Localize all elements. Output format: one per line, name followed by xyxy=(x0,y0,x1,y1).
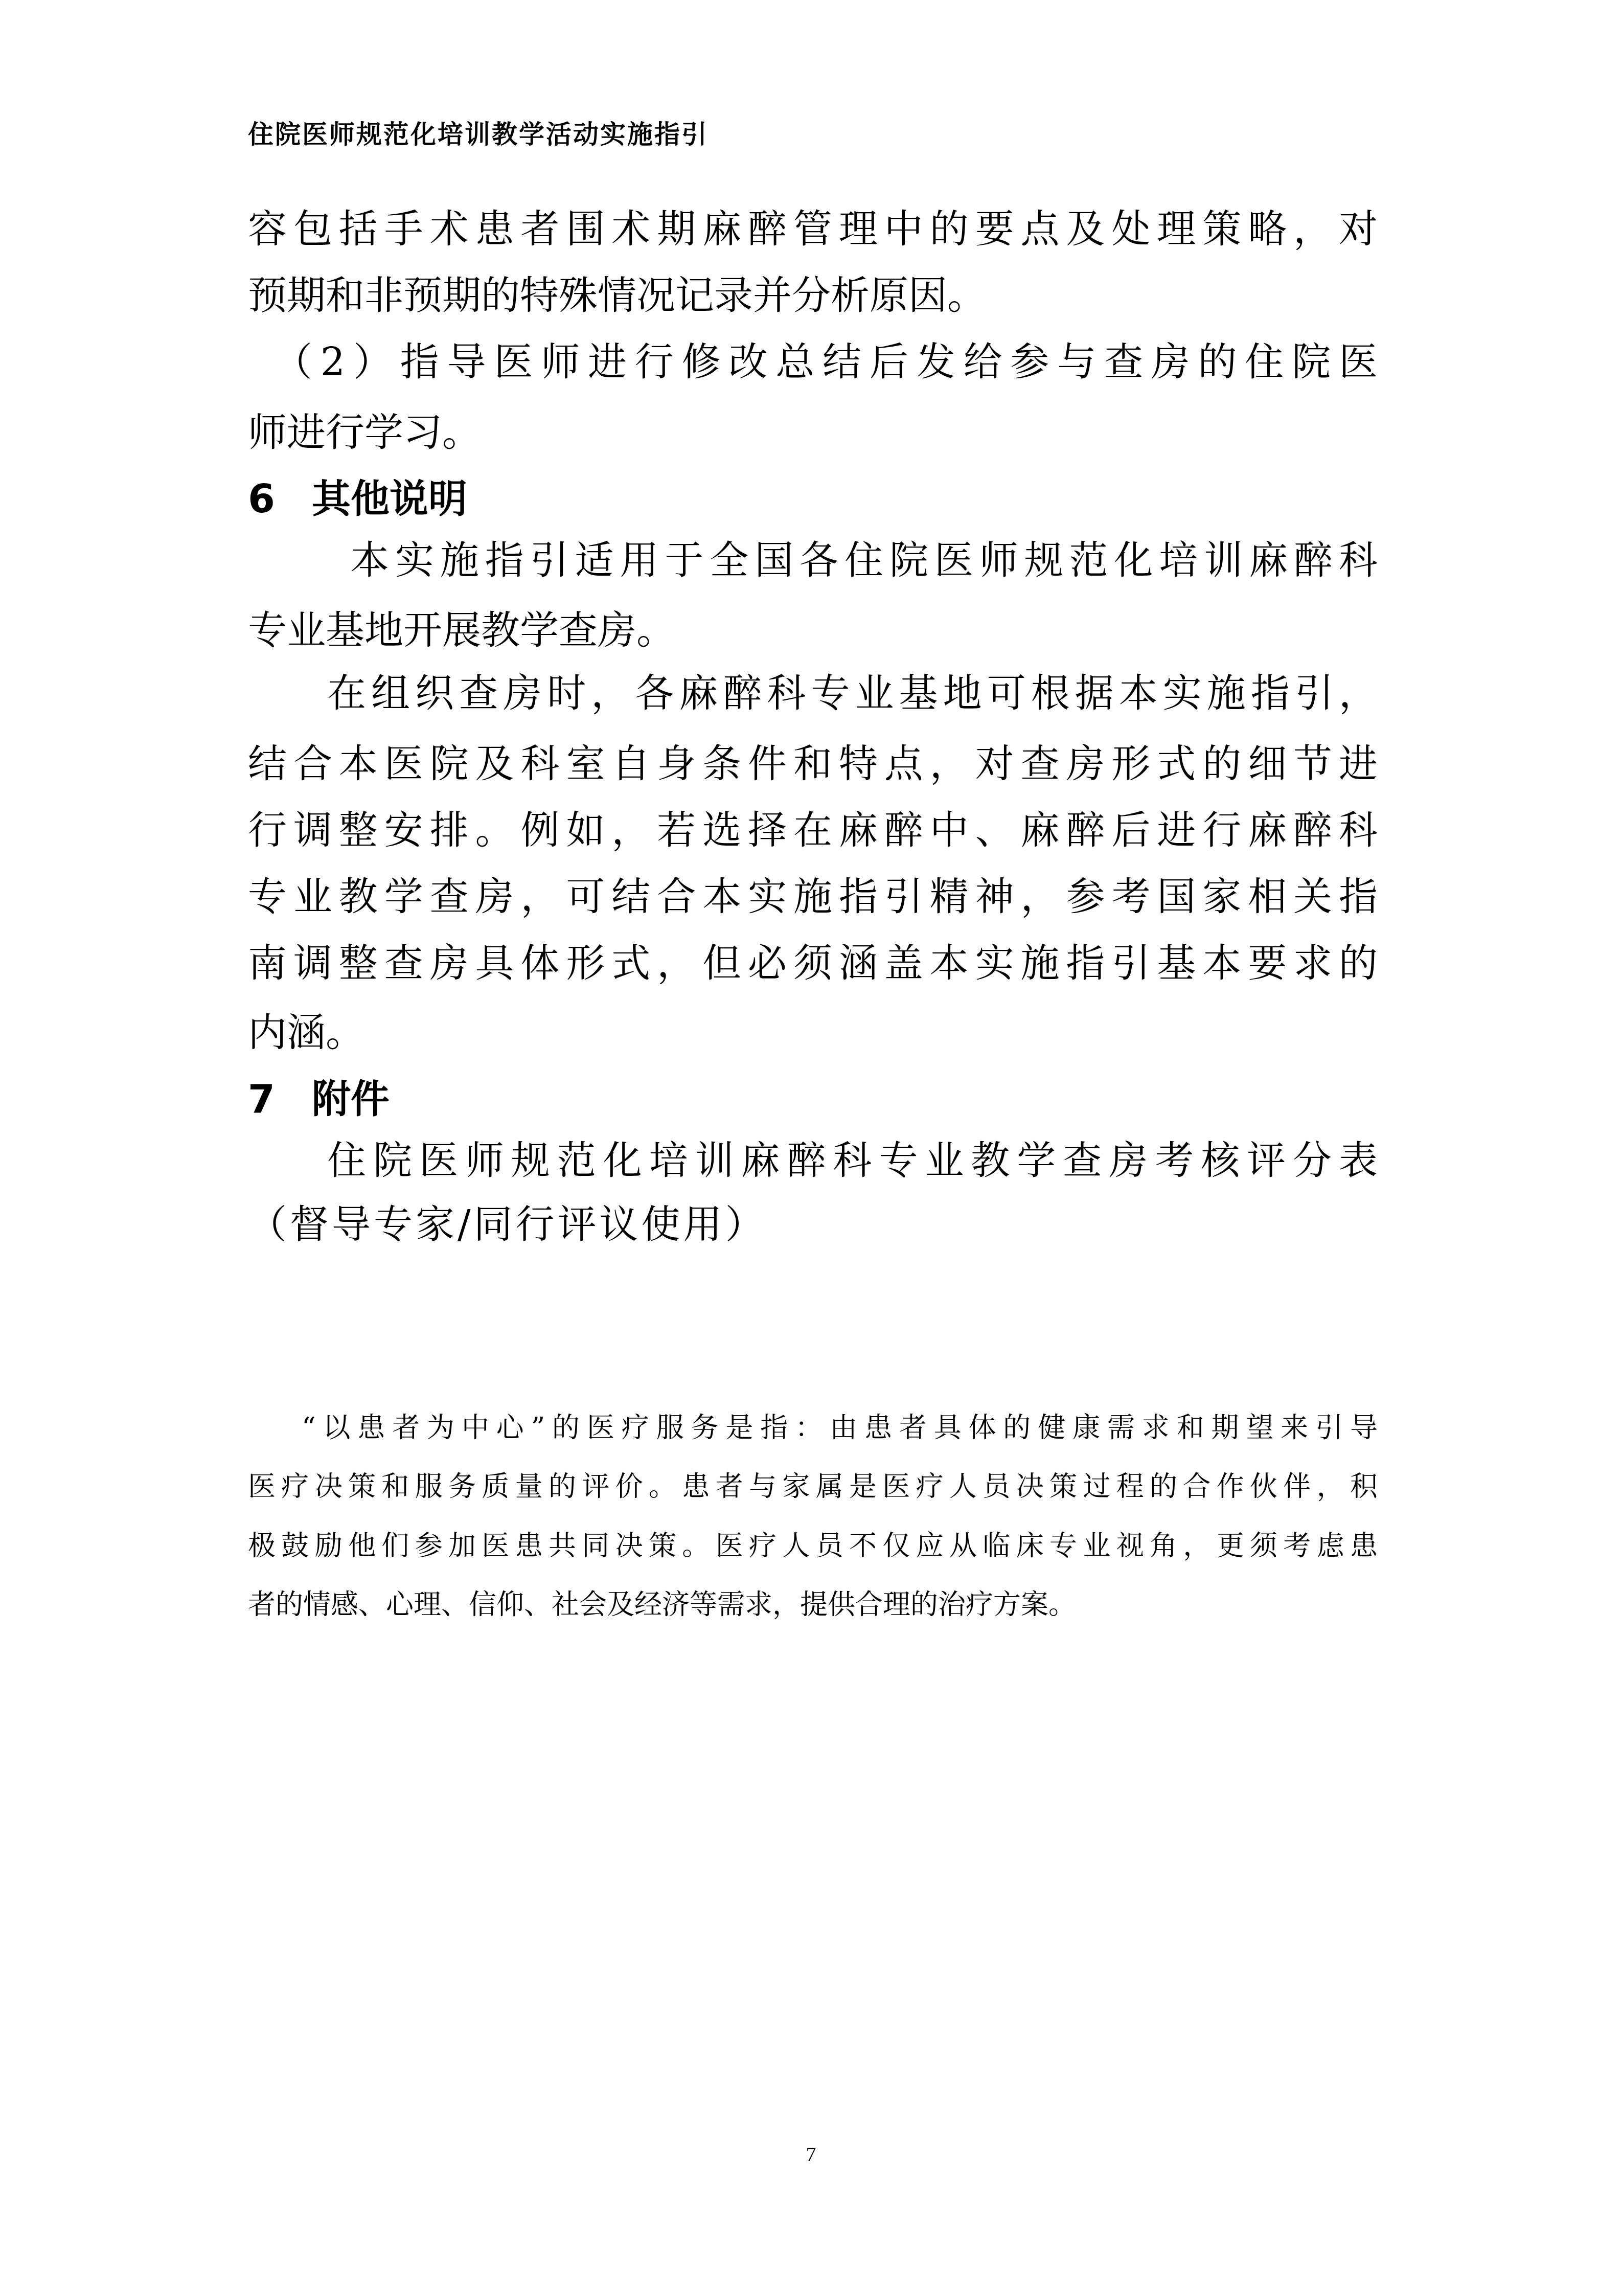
footnote-line: 极鼓励他们参加医患共同决策。医疗人员不仅应从临床专业视角，更须考虑患 xyxy=(248,1532,1378,1560)
footnote-line: “以患者为中心”的医疗服务是指：由患者具体的健康需求和期望来引导 xyxy=(302,1414,1378,1442)
paragraph-line: 南调整查房具体形式，但必须涵盖本实施指引基本要求的 xyxy=(248,944,1378,983)
body-line: 预期和非预期的特殊情况记录并分析原因。 xyxy=(248,276,1378,315)
document-page: 住院医师规范化培训教学活动实施指引 容包括手术患者围术期麻醉管理中的要点及处理策… xyxy=(0,0,1622,2296)
section-heading-6: 6其他说明 xyxy=(248,480,1378,518)
section-title: 附件 xyxy=(312,1076,390,1122)
footnote-line: 者的情感、心理、信仰、社会及经济等需求，提供合理的治疗方案。 xyxy=(248,1591,1378,1619)
attachment-subtitle: （督导专家/同行评议使用） xyxy=(248,1205,1378,1244)
list-item-2: （2）指导医师进行修改总结后发给参与查房的住院医 xyxy=(273,343,1378,381)
footnote-line: 医疗决策和服务质量的评价。患者与家属是医疗人员决策过程的合作伙伴，积 xyxy=(248,1473,1378,1501)
paragraph-line: 专业教学查房，可结合本实施指引精神，参考国家相关指 xyxy=(248,877,1378,916)
paragraph-line: 内涵。 xyxy=(248,1013,1378,1052)
page-number: 7 xyxy=(0,2142,1622,2166)
section-heading-7: 7附件 xyxy=(248,1080,1378,1119)
paragraph-line: 结合本医院及科室自身条件和特点，对查房形式的细节进 xyxy=(248,744,1378,783)
section-number: 7 xyxy=(248,1080,312,1119)
body-line: 容包括手术患者围术期麻醉管理中的要点及处理策略，对 xyxy=(248,210,1378,248)
section-number: 6 xyxy=(248,480,312,518)
paragraph-line: 在组织查房时，各麻醉科专业基地可根据本实施指引， xyxy=(327,674,1378,713)
running-header: 住院医师规范化培训教学活动实施指引 xyxy=(248,122,1378,147)
section-title: 其他说明 xyxy=(312,476,467,521)
attachment-title: 住院医师规范化培训麻醉科专业教学查房考核评分表 xyxy=(327,1141,1378,1180)
body-line: 师进行学习。 xyxy=(248,413,1378,452)
paragraph-line: 本实施指引适用于全国各住院医师规范化培训麻醉科 xyxy=(350,541,1378,580)
paragraph-line: 行调整安排。例如，若选择在麻醉中、麻醉后进行麻醉科 xyxy=(248,811,1378,850)
paragraph-line: 专业基地开展教学查房。 xyxy=(248,611,1378,650)
